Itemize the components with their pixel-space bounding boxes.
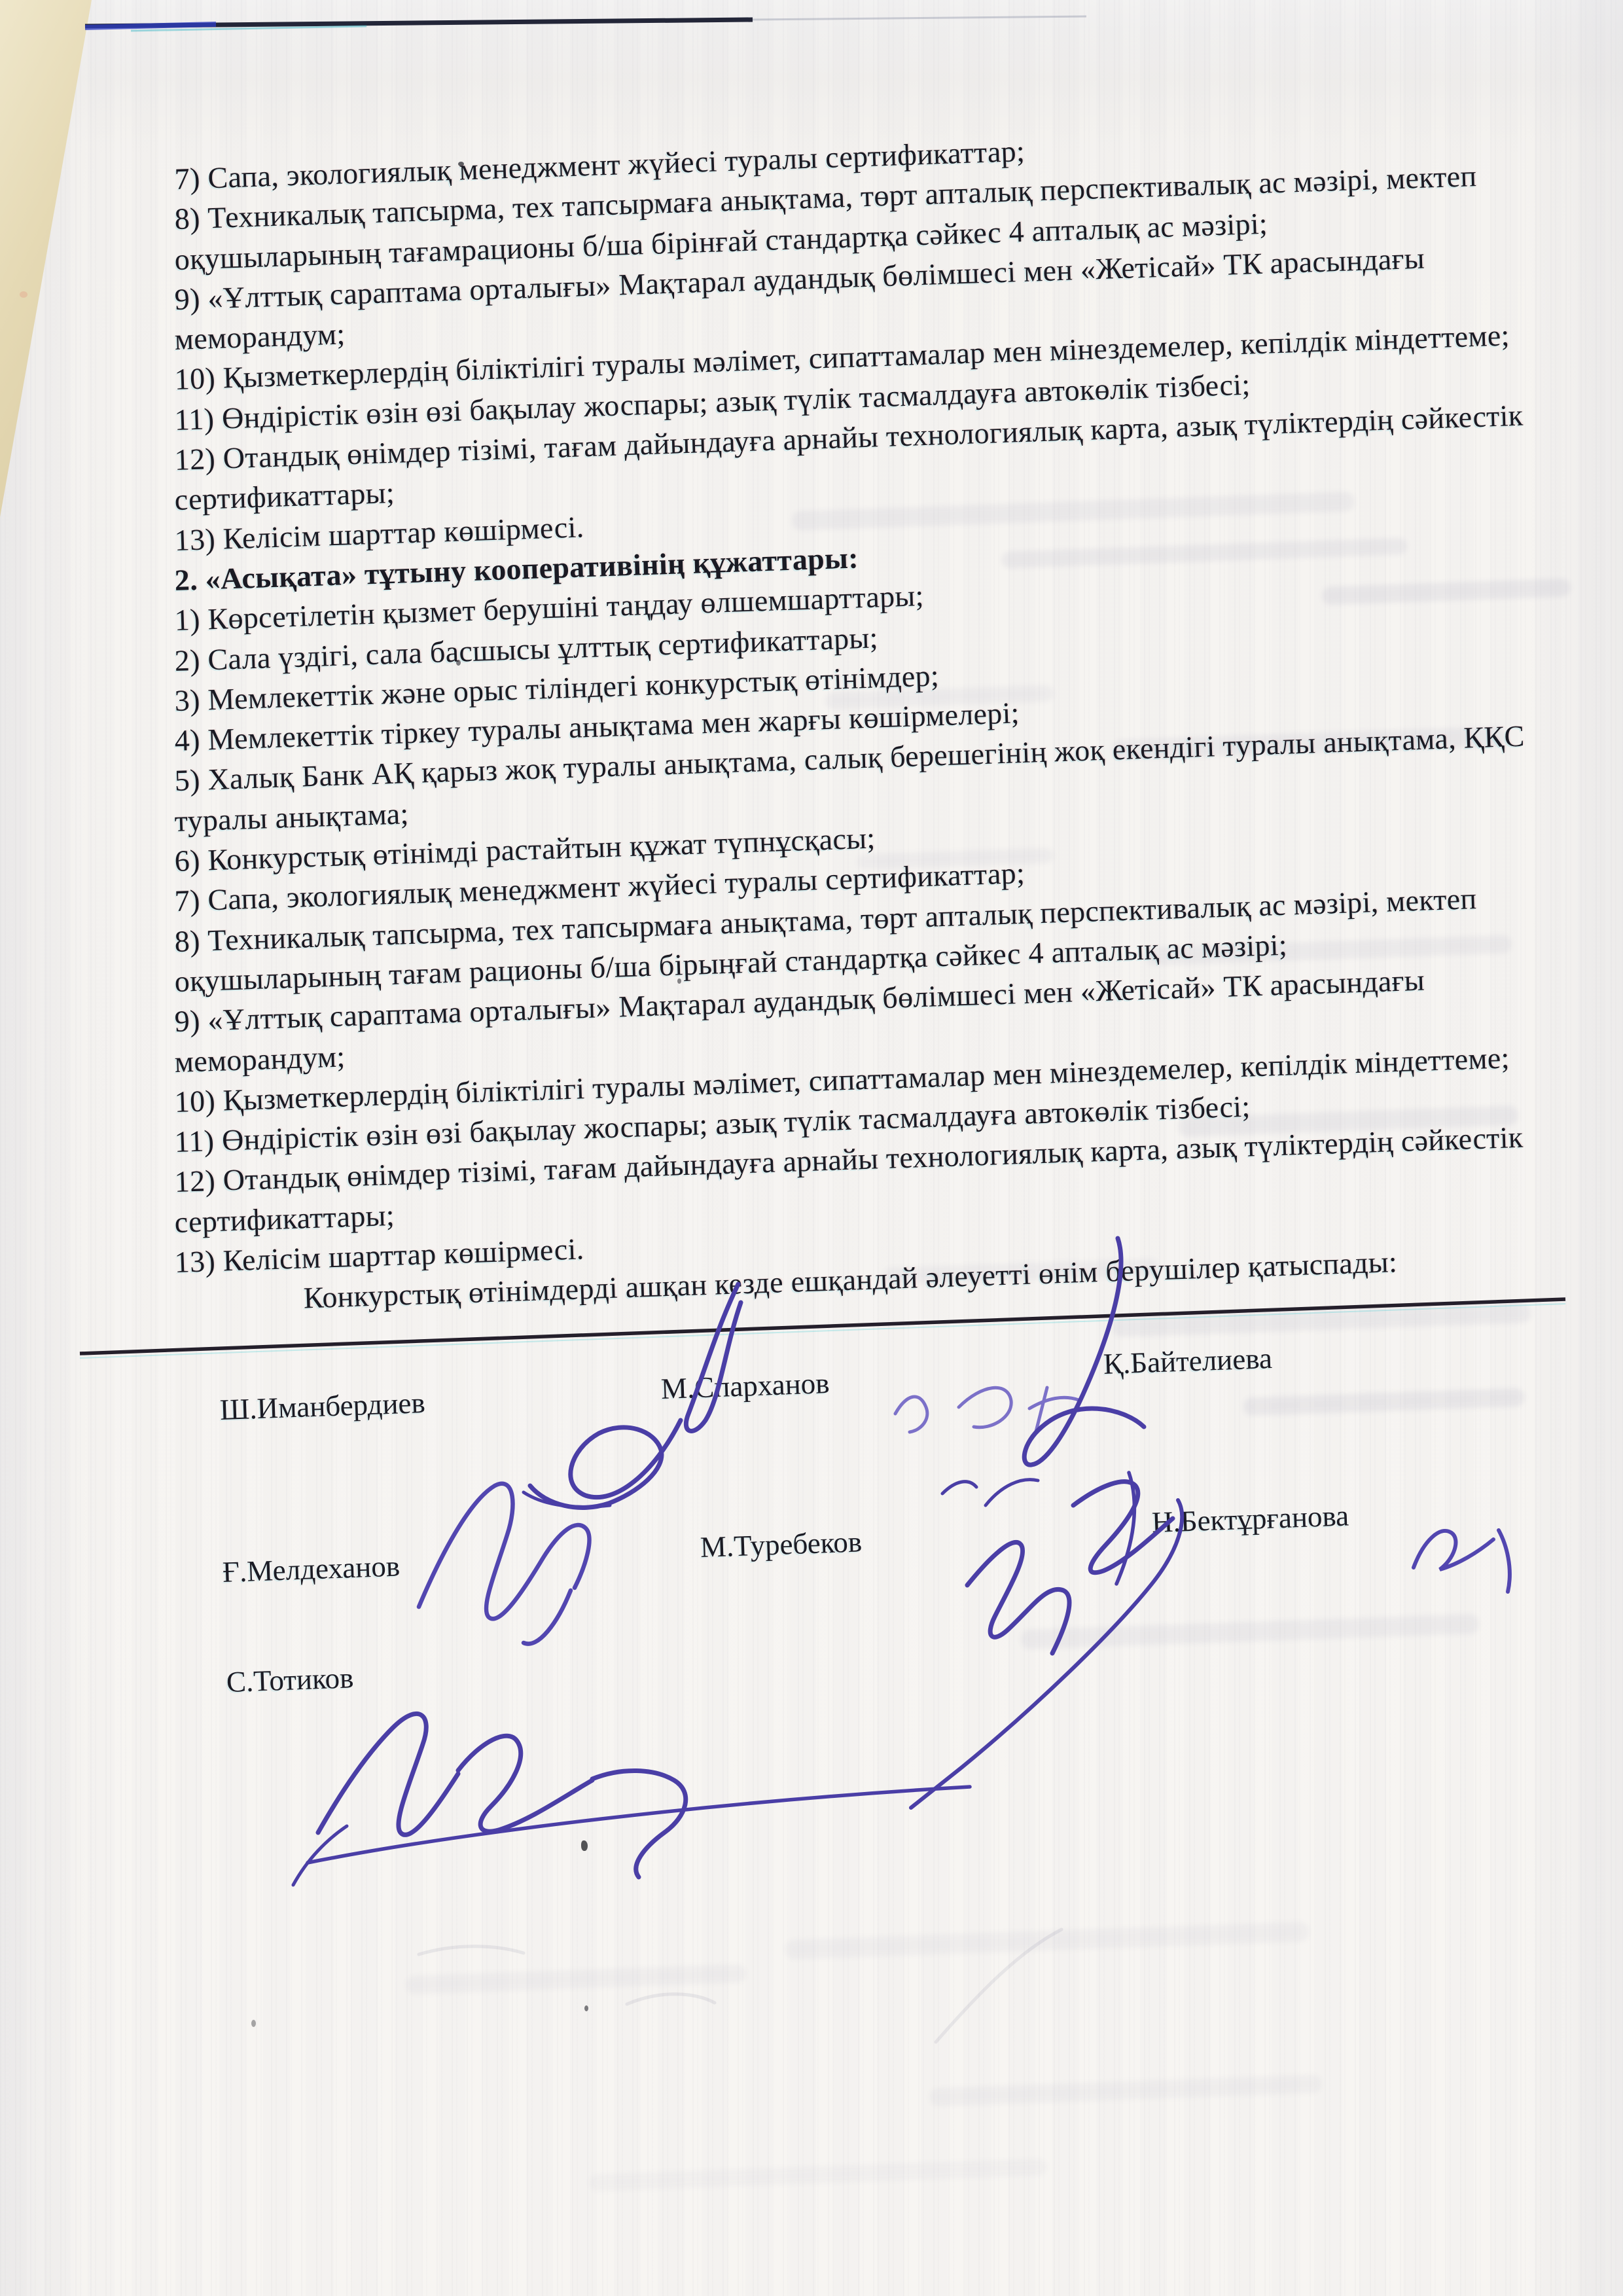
signer-name-totikov: С.Тотиков — [226, 1660, 354, 1699]
signer-name-turebekov: М.Туребеков — [700, 1524, 863, 1564]
signature-turebekov — [911, 1473, 1182, 1808]
signer-name-meldekhanov: Ғ.Мелдеханов — [222, 1549, 401, 1589]
signer-name-imanberdiev: Ш.Иманбердиев — [219, 1386, 425, 1427]
signature-meldekhanov — [419, 1484, 589, 1644]
signature-sparkhanov — [895, 1388, 1079, 1432]
bleedthrough-smudge — [1243, 1388, 1525, 1416]
document-body: 7) Сапа, экологиялық менеджмент жүйесі т… — [175, 159, 1549, 1323]
bleedthrough-smudge — [1021, 1614, 1480, 1649]
scan-artifact-top-line — [85, 20, 753, 26]
scan-artifact-top-line-fade — [753, 16, 1086, 20]
ink-speck — [581, 1840, 588, 1851]
signature-bekturganova — [1414, 1530, 1510, 1592]
ghost-strokes — [419, 1929, 1061, 2042]
scan-artifact-top-line-blue — [85, 24, 216, 27]
signature-totikov — [293, 1713, 970, 1885]
scan-artifact-top-line-teal — [131, 26, 366, 31]
page-corner-fold — [0, 0, 92, 517]
signer-name-baitelieva: Қ.Байтелиева — [1103, 1341, 1273, 1381]
signer-name-bekturganova: Н.Бектұрғанова — [1151, 1499, 1349, 1539]
ink-speck — [251, 2020, 256, 2027]
ink-speck — [584, 2005, 588, 2011]
signer-name-sparkhanov: М.Спарханов — [660, 1366, 830, 1406]
bleedthrough-smudge — [589, 2159, 1047, 2191]
bleedthrough-smudge — [406, 1964, 747, 1994]
bleedthrough-smudge — [929, 2075, 1323, 2107]
bleedthrough-smudge — [785, 1922, 1310, 1960]
scanned-document-page: 7) Сапа, экологиялық менеджмент жүйесі т… — [0, 0, 1623, 2296]
